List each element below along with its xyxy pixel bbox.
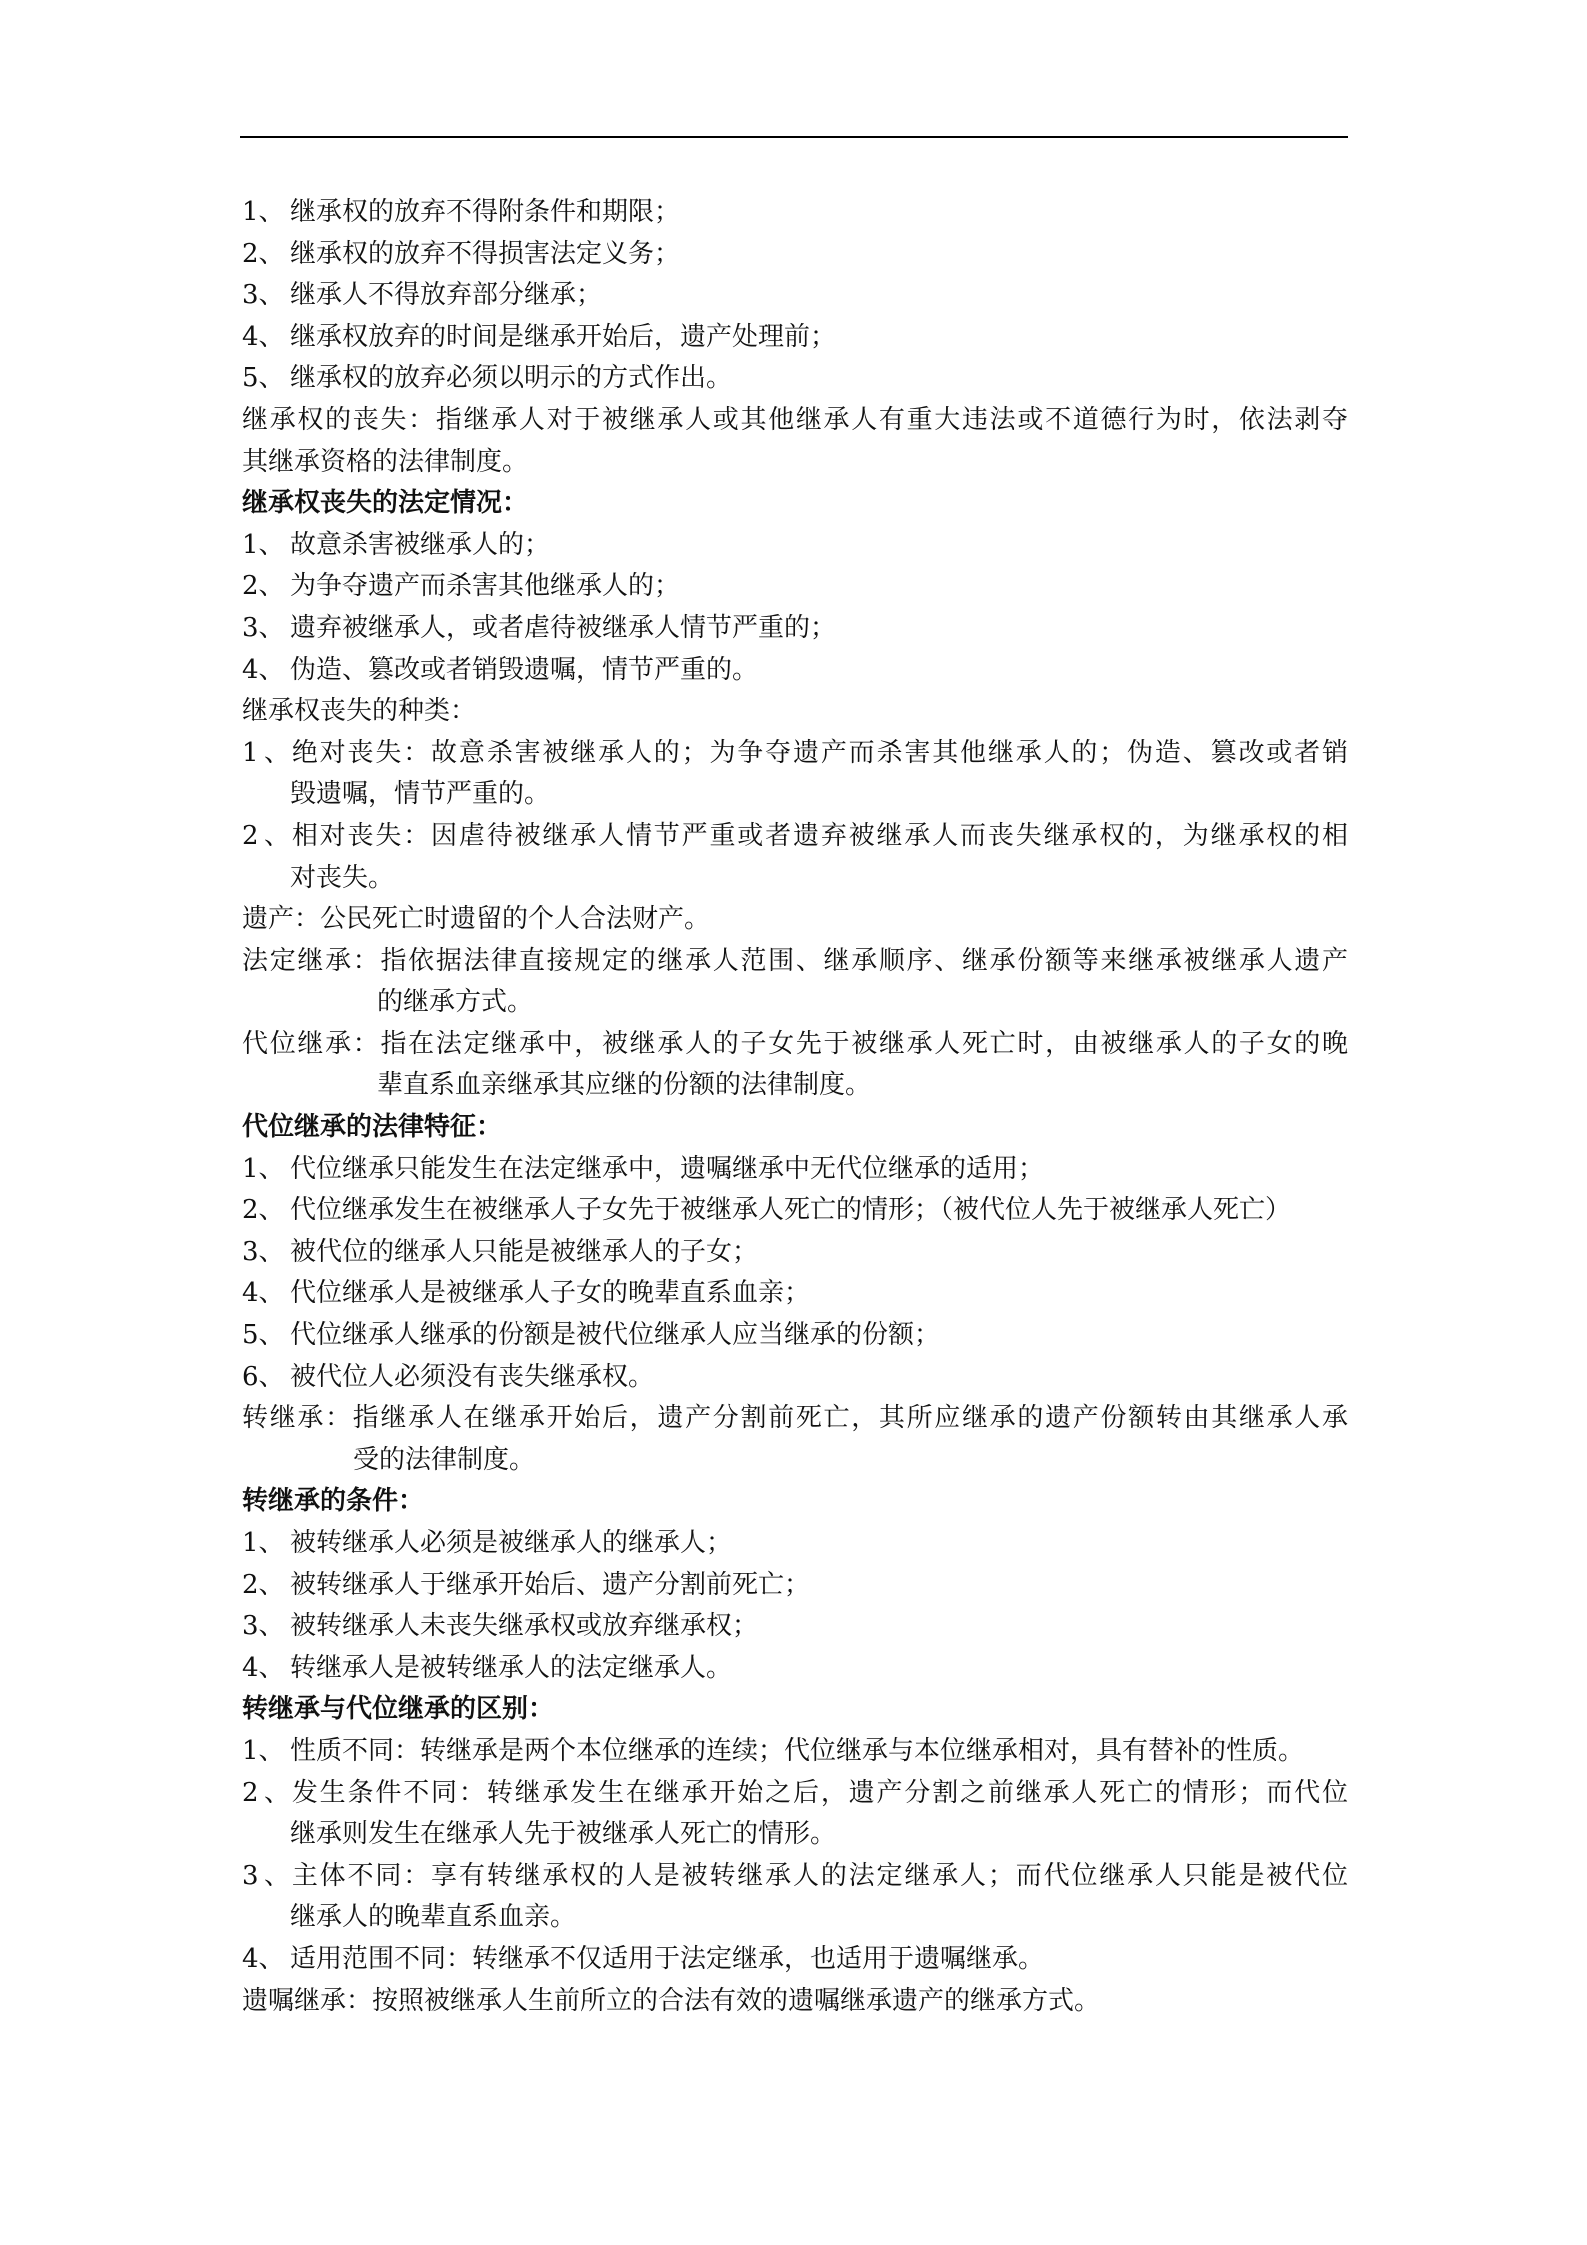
list-item: 3、主体不同：享有转继承权的人是被转继承人的法定继承人；而代位继承人只能是被代位 bbox=[242, 1856, 1348, 1898]
list-item: 1、代位继承只能发生在法定继承中，遗嘱继承中无代位继承的适用； bbox=[242, 1149, 1348, 1191]
list-item: 5、继承权的放弃必须以明示的方式作出。 bbox=[242, 358, 1348, 400]
section-heading: 转继承与代位继承的区别： bbox=[242, 1689, 1348, 1731]
definition-estate: 遗产：公民死亡时遗留的个人合法财产。 bbox=[242, 899, 1348, 941]
section-heading: 代位继承的法律特征： bbox=[242, 1107, 1348, 1149]
list-item-continuation: 继承则发生在继承人先于被继承人死亡的情形。 bbox=[242, 1814, 1348, 1856]
definition-loss-of-inheritance: 继承权的丧失：指继承人对于被继承人或其他继承人有重大违法或不道德行为时，依法剥夺 bbox=[242, 400, 1348, 442]
list-item: 4、代位继承人是被继承人子女的晚辈直系血亲； bbox=[242, 1273, 1348, 1315]
section-heading: 转继承的条件： bbox=[242, 1481, 1348, 1523]
list-item: 4、伪造、篡改或者销毁遗嘱，情节严重的。 bbox=[242, 650, 1348, 692]
list-item: 4、转继承人是被转继承人的法定继承人。 bbox=[242, 1648, 1348, 1690]
list-item: 1、被转继承人必须是被继承人的继承人； bbox=[242, 1523, 1348, 1565]
definition-testamentary-succession: 遗嘱继承：按照被继承人生前所立的合法有效的遗嘱继承遗产的继承方式。 bbox=[242, 1981, 1348, 2023]
definition-subrogation: 代位继承：指在法定继承中，被继承人的子女先于被继承人死亡时，由被继承人的子女的晚 bbox=[242, 1024, 1348, 1066]
list-item: 2、为争夺遗产而杀害其他继承人的； bbox=[242, 566, 1348, 608]
list-item: 2、代位继承发生在被继承人子女先于被继承人死亡的情形；（被代位人先于被继承人死亡… bbox=[242, 1190, 1348, 1232]
definition-continuation: 其继承资格的法律制度。 bbox=[242, 442, 1348, 484]
list-item: 4、适用范围不同：转继承不仅适用于法定继承，也适用于遗嘱继承。 bbox=[242, 1939, 1348, 1981]
header-rule bbox=[240, 136, 1348, 138]
list-item: 1、故意杀害被继承人的； bbox=[242, 525, 1348, 567]
list-item: 3、被代位的继承人只能是被继承人的子女； bbox=[242, 1232, 1348, 1274]
definition-continuation: 受的法律制度。 bbox=[242, 1440, 1348, 1482]
list-item-continuation: 毁遗嘱，情节严重的。 bbox=[242, 774, 1348, 816]
list-item: 6、被代位人必须没有丧失继承权。 bbox=[242, 1357, 1348, 1399]
document-page: 1、继承权的放弃不得附条件和期限； 2、继承权的放弃不得损害法定义务； 3、继承… bbox=[0, 0, 1587, 2245]
list-item: 1、性质不同：转继承是两个本位继承的连续；代位继承与本位继承相对，具有替补的性质… bbox=[242, 1731, 1348, 1773]
list-item: 1、继承权的放弃不得附条件和期限； bbox=[242, 192, 1348, 234]
definition-statutory-succession: 法定继承：指依据法律直接规定的继承人范围、继承顺序、继承份额等来继承被继承人遗产 bbox=[242, 941, 1348, 983]
section-heading: 继承权丧失的法定情况： bbox=[242, 483, 1348, 525]
list-item: 3、继承人不得放弃部分继承； bbox=[242, 275, 1348, 317]
list-item: 2、相对丧失：因虐待被继承人情节严重或者遗弃被继承人而丧失继承权的，为继承权的相 bbox=[242, 816, 1348, 858]
definition-continuation: 辈直系血亲继承其应继的份额的法律制度。 bbox=[242, 1065, 1348, 1107]
list-item-continuation: 继承人的晚辈直系血亲。 bbox=[242, 1897, 1348, 1939]
subsection-label: 继承权丧失的种类： bbox=[242, 691, 1348, 733]
definition-transmission: 转继承：指继承人在继承开始后，遗产分割前死亡，其所应继承的遗产份额转由其继承人承 bbox=[242, 1398, 1348, 1440]
list-item: 2、发生条件不同：转继承发生在继承开始之后，遗产分割之前继承人死亡的情形；而代位 bbox=[242, 1773, 1348, 1815]
document-body: 1、继承权的放弃不得附条件和期限； 2、继承权的放弃不得损害法定义务； 3、继承… bbox=[242, 192, 1348, 2022]
list-item: 2、被转继承人于继承开始后、遗产分割前死亡； bbox=[242, 1565, 1348, 1607]
list-item: 1、绝对丧失：故意杀害被继承人的；为争夺遗产而杀害其他继承人的；伪造、篡改或者销 bbox=[242, 733, 1348, 775]
list-item: 3、遗弃被继承人，或者虐待被继承人情节严重的； bbox=[242, 608, 1348, 650]
list-item: 5、代位继承人继承的份额是被代位继承人应当继承的份额； bbox=[242, 1315, 1348, 1357]
list-item: 4、继承权放弃的时间是继承开始后，遗产处理前； bbox=[242, 317, 1348, 359]
definition-continuation: 的继承方式。 bbox=[242, 982, 1348, 1024]
list-item: 2、继承权的放弃不得损害法定义务； bbox=[242, 234, 1348, 276]
list-item-continuation: 对丧失。 bbox=[242, 858, 1348, 900]
list-item: 3、被转继承人未丧失继承权或放弃继承权； bbox=[242, 1606, 1348, 1648]
